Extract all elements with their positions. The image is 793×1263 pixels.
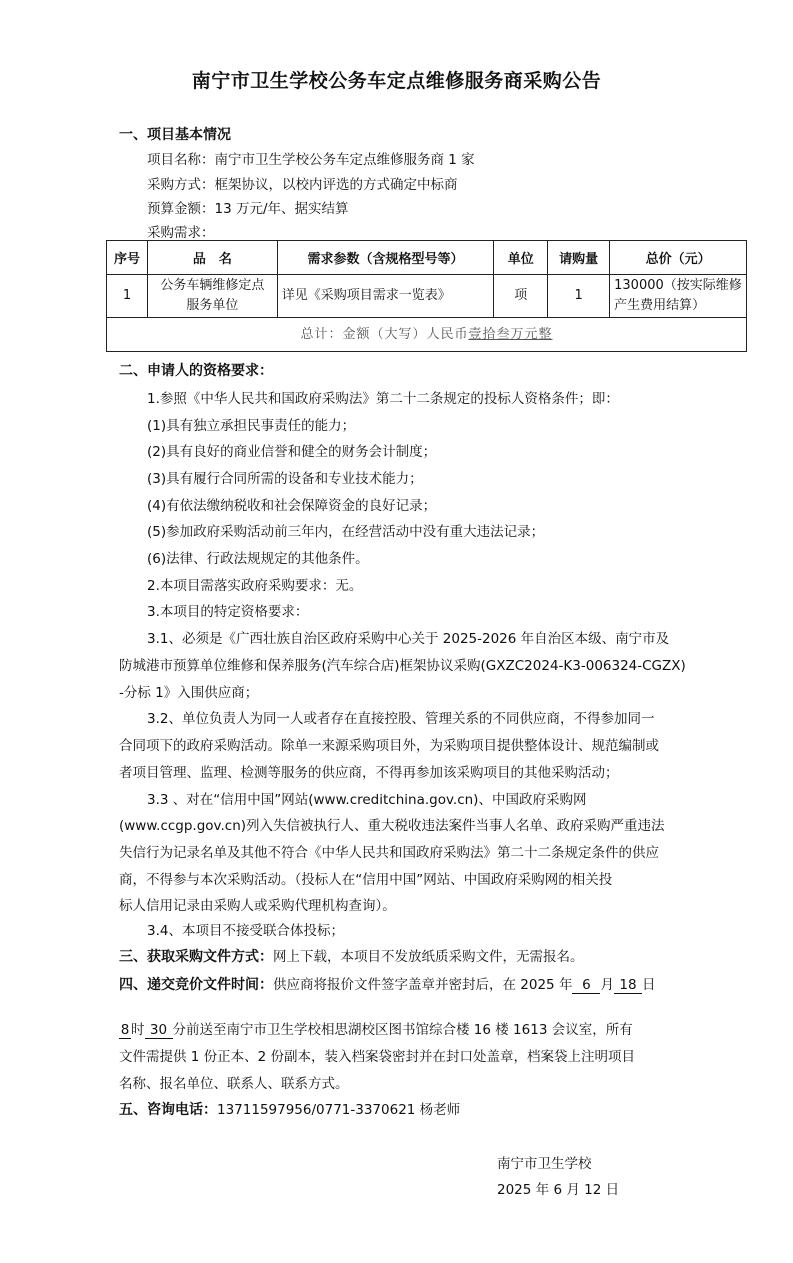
section3-text: 网上下载，本项目不发放纸质采购文件，无需报名。 — [273, 949, 584, 965]
cell-index: 1 — [107, 275, 148, 318]
submit-month: 6 — [572, 977, 600, 994]
section5-heading: 五、咨询电话： — [119, 1102, 217, 1118]
total-amount: 壹拾叁万元整 — [469, 327, 553, 342]
requirements-table: 序号 品 名 需求参数（含规格型号等） 单位 请购量 总价（元） 1 公务车辆维… — [106, 240, 747, 352]
col-header-total: 总价（元） — [610, 241, 747, 275]
col-header-unit: 单位 — [494, 241, 548, 275]
total-prefix: 总计：金额（大写）人民币 — [300, 327, 468, 342]
item-3-2-line-3: 者项目管理、监理、检测等服务的供应商，不得再参加该采购项目的其他采购活动； — [119, 761, 619, 781]
section3-heading: 三、获取采购文件方式： — [119, 949, 273, 965]
cell-item: 公务车辆维修定点服务单位 — [147, 275, 277, 318]
project-name: 项目名称：南宁市卫生学校公务车定点维修服务商 1 家 — [147, 148, 475, 168]
cell-total: 130000（按实际维修产生费用结算） — [610, 275, 747, 318]
day-unit: 日 — [642, 977, 656, 993]
table-total-row: 总计：金额（大写）人民币壹拾叁万元整 — [107, 318, 747, 352]
condition-6: (6)法律、行政法规规定的其他条件。 — [147, 547, 369, 567]
condition-5: (5)参加政府采购活动前三年内，在经营活动中没有重大违法记录； — [147, 520, 544, 540]
section4-line-3: 文件需提供 1 份正本、2 份副本，装入档案袋密封并在封口处盖章，档案袋上注明项… — [119, 1045, 635, 1065]
section4-location: 分前送至南宁市卫生学校相思湖校区图书馆综合楼 16 楼 1613 会议室，所有 — [173, 1022, 633, 1038]
total-cell: 总计：金额（大写）人民币壹拾叁万元整 — [107, 318, 747, 352]
item-3-2-line-2: 合同项下的政府采购活动。除单一来源采购项目外，为采购项目提供整体设计、规范编制或 — [119, 734, 659, 754]
section1-heading: 一、项目基本情况 — [119, 124, 231, 144]
item-3-3-line-1: 3.3 、对在“信用中国”网站(www.creditchina.gov.cn)、… — [147, 788, 586, 808]
qualification-item-1: 1.参照《中华人民共和国政府采购法》第二十二条规定的投标人资格条件；即： — [147, 387, 619, 407]
col-header-params: 需求参数（含规格型号等） — [277, 241, 494, 275]
cell-qty: 1 — [548, 275, 610, 318]
qualification-item-3: 3.本项目的特定资格要求： — [147, 600, 308, 620]
condition-4: (4)有依法缴纳税收和社会保障资金的良好记录； — [147, 494, 436, 514]
procurement-method: 采购方式：框架协议，以校内评选的方式确定中标商 — [147, 173, 458, 193]
page-title: 南宁市卫生学校公务车定点维修服务商采购公告 — [0, 66, 793, 93]
hour-unit: 时 — [131, 1022, 145, 1038]
section3: 三、获取采购文件方式：网上下载，本项目不发放纸质采购文件，无需报名。 — [119, 945, 584, 966]
item-3-3-line-2: (www.ccgp.gov.cn)列入失信被执行人、重大税收违法案件当事人名单、… — [119, 814, 665, 834]
table-header-row: 序号 品 名 需求参数（含规格型号等） 单位 请购量 总价（元） — [107, 241, 747, 275]
item-3-1-line-1: 3.1、必须是《广西壮族自治区政府采购中心关于 2025-2026 年自治区本级… — [147, 627, 669, 647]
item-3-3-line-4: 商，不得参与本次采购活动。（投标人在“信用中国”网站、中国政府采购网的相关投 — [119, 868, 612, 888]
signature-date: 2025 年 6 月 12 日 — [497, 1178, 619, 1198]
submit-hour: 8 — [119, 1022, 131, 1039]
section5: 五、咨询电话：13711597956/0771-3370621 杨老师 — [119, 1098, 460, 1119]
item-3-4: 3.4、本项目不接受联合体投标； — [147, 919, 344, 939]
table-row: 1 公务车辆维修定点服务单位 详见《采购项目需求一览表》 项 1 130000（… — [107, 275, 747, 318]
cell-unit: 项 — [494, 275, 548, 318]
month-unit: 月 — [600, 977, 614, 993]
col-header-item: 品 名 — [147, 241, 277, 275]
needs-label: 采购需求： — [147, 221, 215, 241]
col-header-qty: 请购量 — [548, 241, 610, 275]
section2-heading: 二、申请人的资格要求： — [119, 360, 273, 380]
item-3-1-line-2: 防城港市预算单位维修和保养服务(汽车综合店)框架协议采购(GXZC2024-K3… — [119, 654, 686, 674]
section4-line-2: 8时30分前送至南宁市卫生学校相思湖校区图书馆综合楼 16 楼 1613 会议室… — [119, 1018, 633, 1039]
submit-minute: 30 — [145, 1022, 173, 1039]
section4-heading: 四、递交竞价文件时间： — [119, 977, 273, 993]
submit-day: 18 — [614, 977, 642, 994]
contact-phone: 13711597956/0771-3370621 杨老师 — [217, 1102, 460, 1118]
item-3-3-line-3: 失信行为记录名单及其他不符合《中华人民共和国政府采购法》第二十二条规定条件的供应 — [119, 841, 659, 861]
item-3-2-line-1: 3.2、单位负责人为同一人或者存在直接控股、管理关系的不同供应商，不得参加同一 — [147, 707, 654, 727]
section4-line-4: 名称、报名单位、联系人、联系方式。 — [119, 1072, 349, 1092]
condition-3: (3)具有履行合同所需的设备和专业技术能力； — [147, 467, 423, 487]
item-3-3-line-5: 标人信用记录由采购人或采购代理机构查询）。 — [119, 894, 396, 914]
condition-2: (2)具有良好的商业信誉和健全的财务会计制度； — [147, 440, 436, 460]
col-header-index: 序号 — [107, 241, 148, 275]
item-3-1-line-3: -分标 1》入围供应商； — [119, 681, 258, 701]
condition-1: (1)具有独立承担民事责任的能力； — [147, 414, 355, 434]
section4-line-1: 四、递交竞价文件时间：供应商将报价文件签字盖章并密封后，在 2025 年6月18… — [119, 973, 655, 994]
signature-org: 南宁市卫生学校 — [497, 1152, 592, 1172]
qualification-item-2: 2.本项目需落实政府采购要求：无。 — [147, 574, 362, 594]
cell-params: 详见《采购项目需求一览表》 — [277, 275, 494, 318]
section4-text: 供应商将报价文件签字盖章并密封后，在 2025 年 — [273, 977, 572, 993]
budget-amount: 预算金额：13 万元/年、据实结算 — [147, 197, 349, 217]
